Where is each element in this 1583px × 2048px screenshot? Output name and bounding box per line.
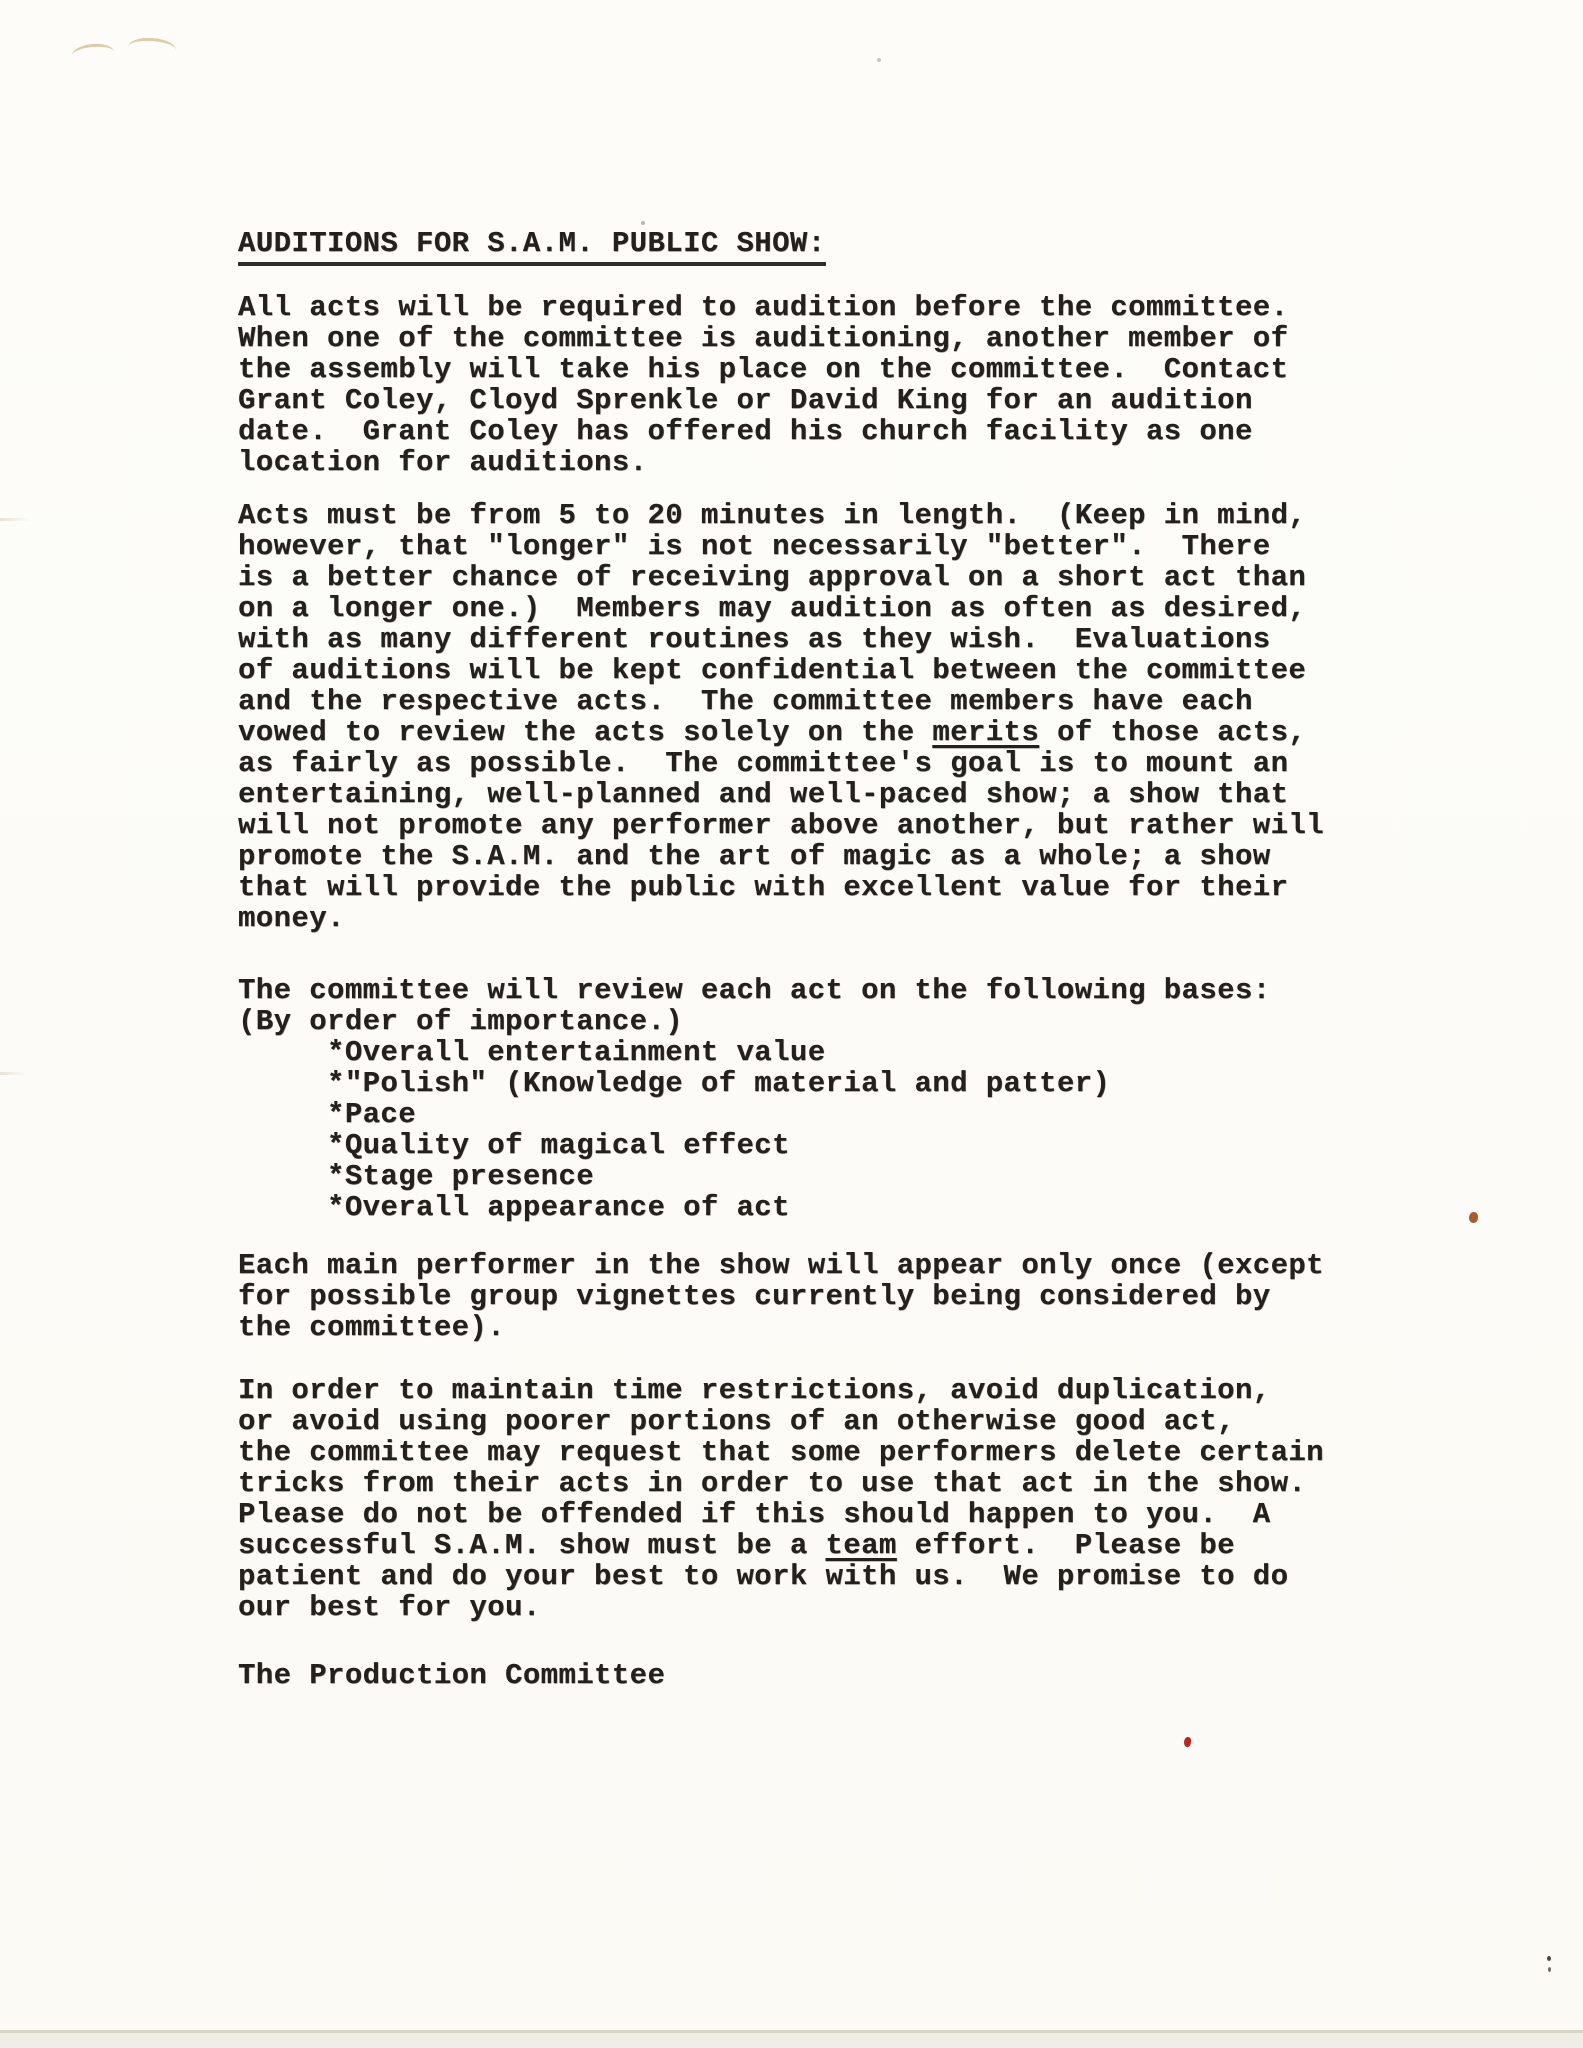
text-line: *Overall entertainment value [238, 1037, 1418, 1068]
scanner-background-strip [0, 2033, 1583, 2048]
paper-crease-mark-right [127, 36, 176, 60]
text-line: the assembly will take his place on the … [238, 354, 1418, 385]
text-line: *Stage presence [238, 1161, 1418, 1192]
paragraph-time-restrictions: In order to maintain time restrictions, … [238, 1375, 1418, 1623]
text-line: (By order of importance.) [238, 1006, 1418, 1037]
text-line: Please do not be offended if this should… [238, 1499, 1418, 1530]
paper-crease-mark-left [71, 42, 114, 65]
text-line: on a longer one.) Members may audition a… [238, 593, 1418, 624]
text-line: The committee will review each act on th… [238, 975, 1418, 1006]
document-title: AUDITIONS FOR S.A.M. PUBLIC SHOW: [238, 228, 1418, 266]
text-line: that will provide the public with excell… [238, 872, 1418, 903]
paragraph-review-bases: The committee will review each act on th… [238, 975, 1418, 1223]
underlined-word: team [826, 1529, 897, 1562]
dust-speck-1 [1547, 1956, 1551, 1961]
text-line: promote the S.A.M. and the art of magic … [238, 841, 1418, 872]
document-body: AUDITIONS FOR S.A.M. PUBLIC SHOW: All ac… [238, 0, 1418, 1691]
underlined-word: merits [932, 716, 1039, 749]
text-line: successful S.A.M. show must be a team ef… [238, 1530, 1418, 1561]
text-line: *"Polish" (Knowledge of material and pat… [238, 1068, 1418, 1099]
scanner-streak-2 [0, 1072, 26, 1075]
paragraph-audition-rules: Acts must be from 5 to 20 minutes in len… [238, 500, 1418, 934]
text-line: The Production Committee [238, 1660, 1418, 1691]
text-line: In order to maintain time restrictions, … [238, 1375, 1418, 1406]
text-line: with as many different routines as they … [238, 624, 1418, 655]
text-line: location for auditions. [238, 447, 1418, 478]
text-line: as fairly as possible. The committee's g… [238, 748, 1418, 779]
dust-speck-3 [877, 58, 881, 62]
text-line: Each main performer in the show will app… [238, 1250, 1418, 1281]
text-line: and the respective acts. The committee m… [238, 686, 1418, 717]
text-line: will not promote any performer above ano… [238, 810, 1418, 841]
paragraph-single-appearance: Each main performer in the show will app… [238, 1250, 1418, 1343]
text-line: our best for you. [238, 1592, 1418, 1623]
text-line: money. [238, 903, 1418, 934]
text-line: however, that "longer" is not necessaril… [238, 531, 1418, 562]
text-line: or avoid using poorer portions of an oth… [238, 1406, 1418, 1437]
text-line: vowed to review the acts solely on the m… [238, 717, 1418, 748]
text-line: date. Grant Coley has offered his church… [238, 416, 1418, 447]
dust-speck-2 [1548, 1967, 1551, 1972]
text-line: entertaining, well-planned and well-pace… [238, 779, 1418, 810]
ink-stain-red [1183, 1736, 1192, 1747]
paragraph-intro: All acts will be required to audition be… [238, 292, 1418, 478]
text-line: *Pace [238, 1099, 1418, 1130]
dust-speck-4 [641, 221, 645, 225]
text-line: the committee may request that some perf… [238, 1437, 1418, 1468]
scanned-document-page: AUDITIONS FOR S.A.M. PUBLIC SHOW: All ac… [0, 0, 1583, 2048]
document-title-text: AUDITIONS FOR S.A.M. PUBLIC SHOW: [238, 228, 826, 266]
scanner-streak-1 [0, 518, 30, 521]
document-paragraphs: All acts will be required to audition be… [238, 292, 1418, 1691]
text-line: the committee). [238, 1312, 1418, 1343]
text-line: Grant Coley, Cloyd Sprenkle or David Kin… [238, 385, 1418, 416]
text-line: patient and do your best to work with us… [238, 1561, 1418, 1592]
text-line: is a better chance of receiving approval… [238, 562, 1418, 593]
text-line: *Quality of magical effect [238, 1130, 1418, 1161]
text-segment: vowed to review the acts solely on the [238, 716, 932, 749]
text-line: When one of the committee is auditioning… [238, 323, 1418, 354]
text-segment: of those acts, [1039, 716, 1306, 749]
text-segment: successful S.A.M. show must be a [238, 1529, 826, 1562]
paragraph-signature: The Production Committee [238, 1660, 1418, 1691]
text-line: tricks from their acts in order to use t… [238, 1468, 1418, 1499]
text-line: Acts must be from 5 to 20 minutes in len… [238, 500, 1418, 531]
ink-stain-brown [1469, 1212, 1478, 1223]
text-line: All acts will be required to audition be… [238, 292, 1418, 323]
text-line: *Overall appearance of act [238, 1192, 1418, 1223]
text-segment: effort. Please be [897, 1529, 1235, 1562]
text-line: of auditions will be kept confidential b… [238, 655, 1418, 686]
text-line: for possible group vignettes currently b… [238, 1281, 1418, 1312]
